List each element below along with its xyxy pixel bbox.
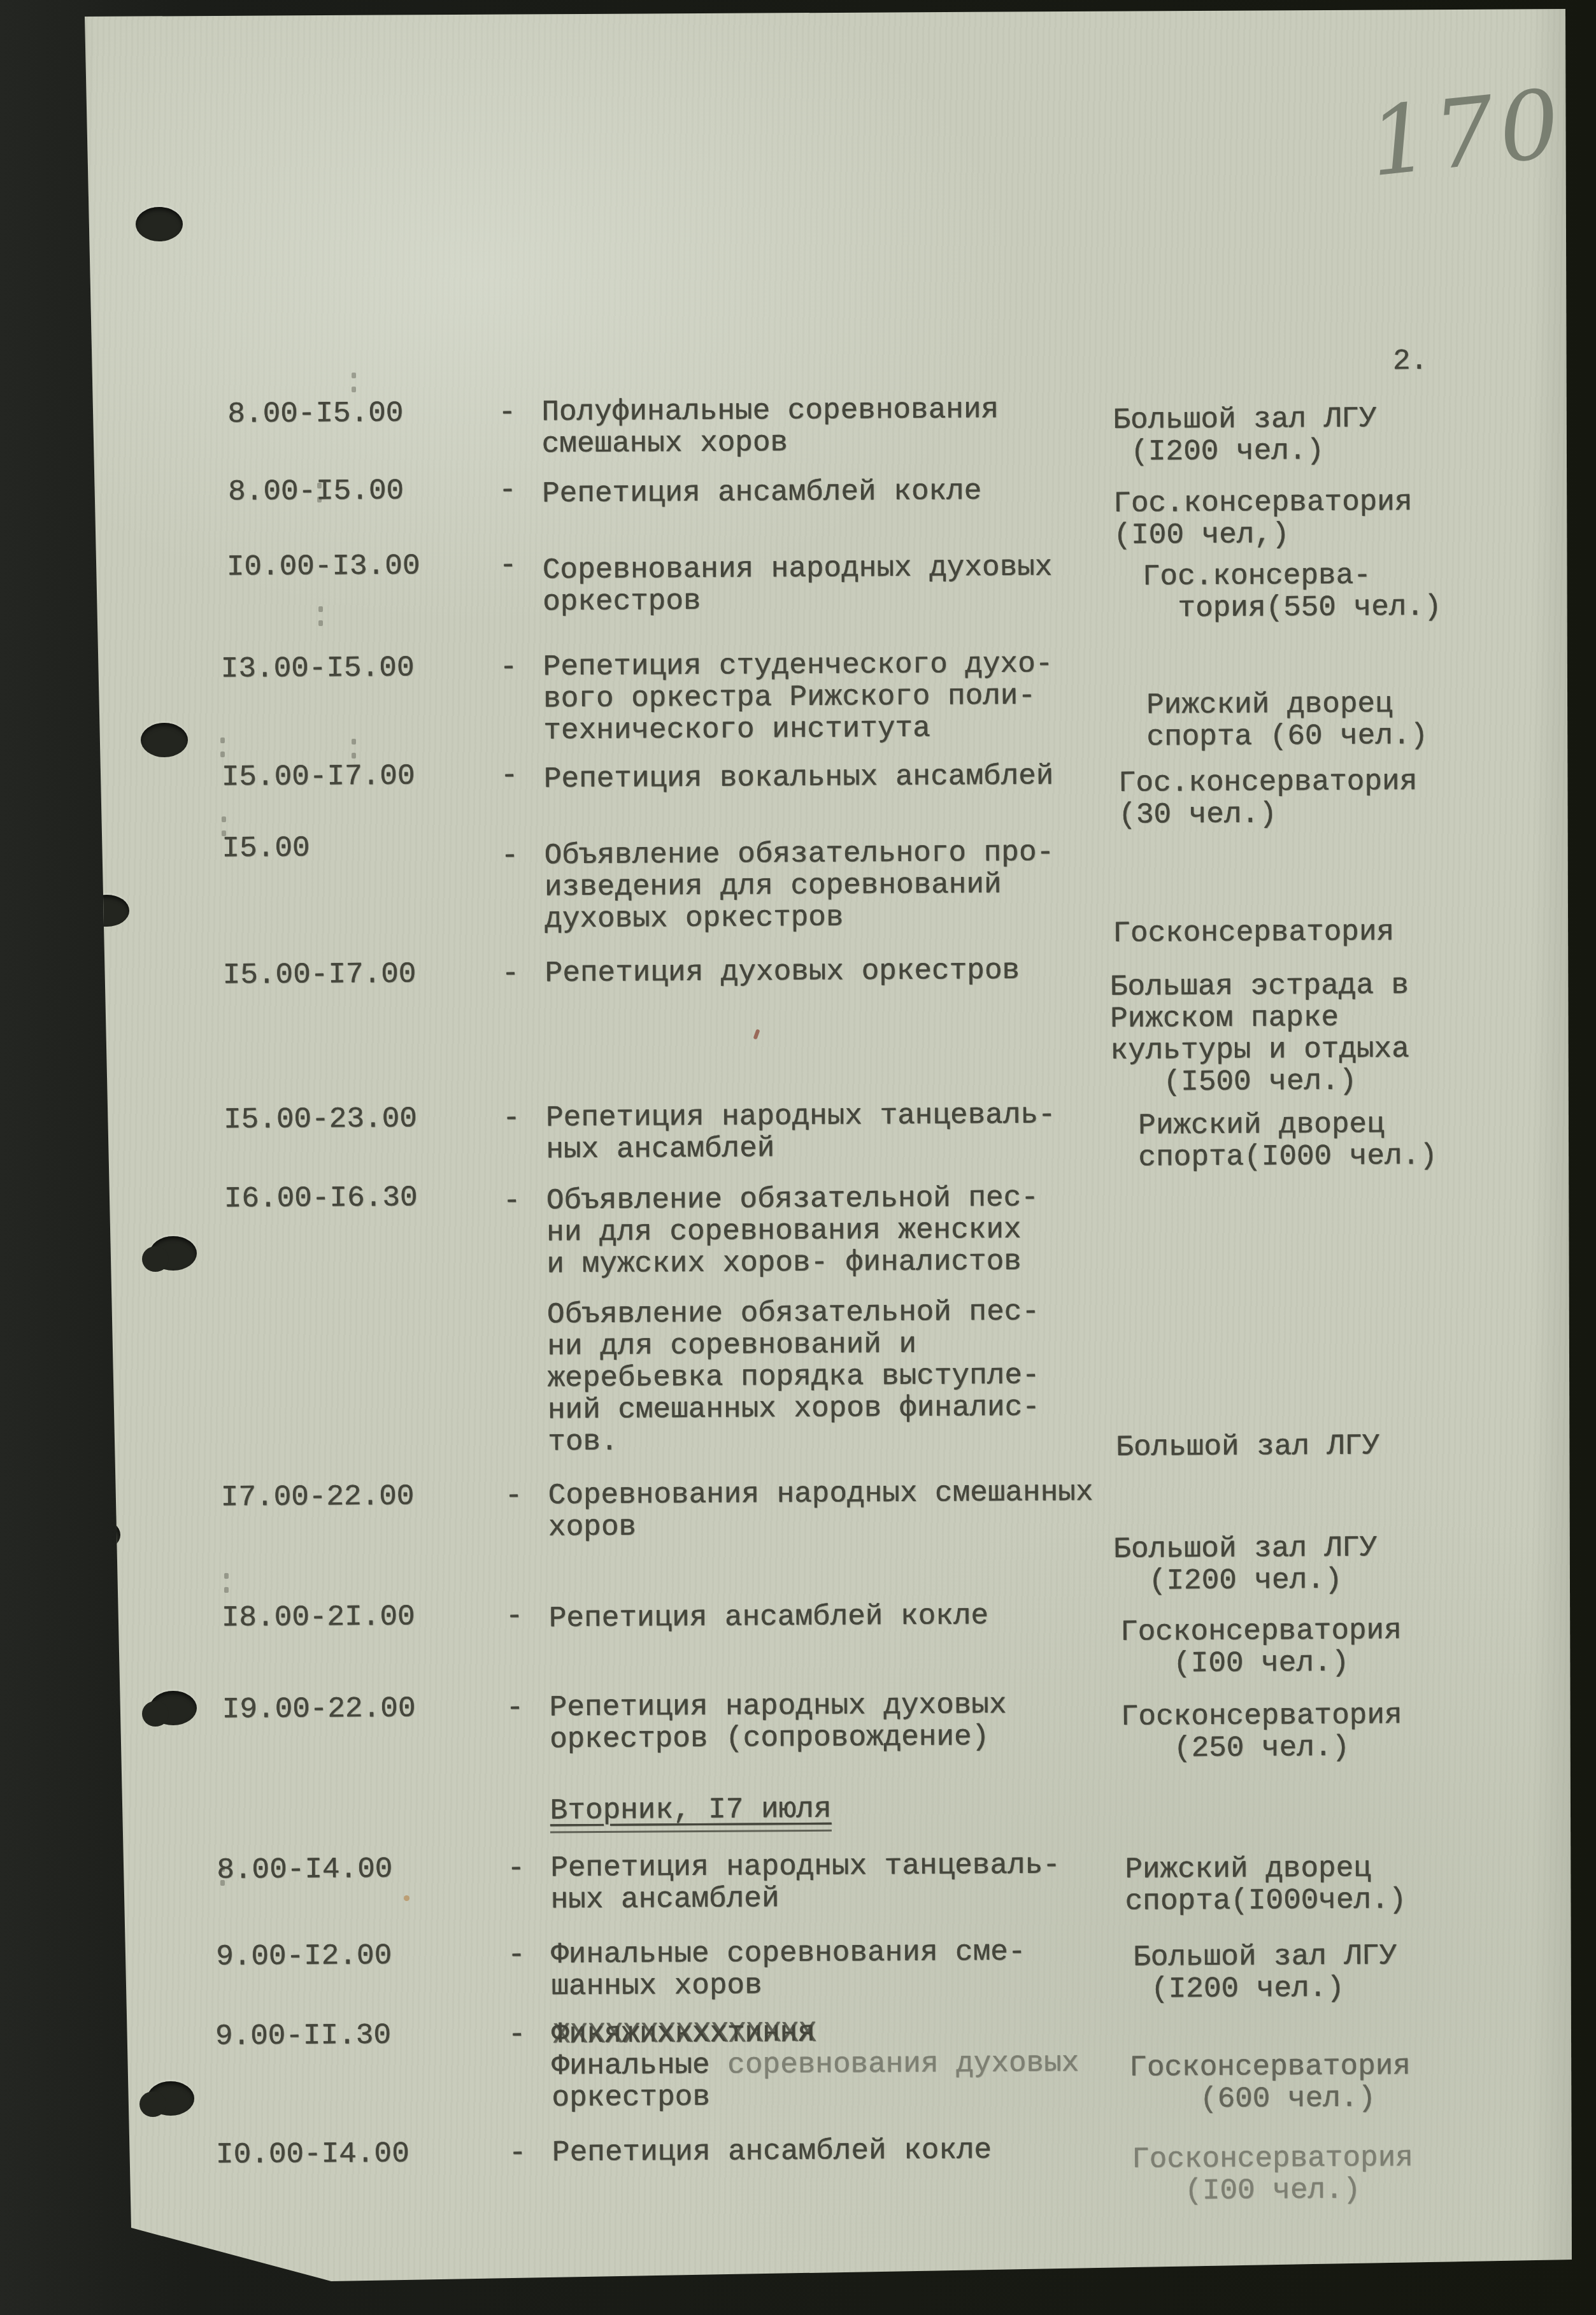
event-description: Репетиция духовых оркестров [545,955,1020,990]
dash-separator: - [501,760,518,792]
time-range: I5.00-I7.00 [222,760,415,794]
punch-hole [77,1519,120,1551]
punch-hole [147,2081,194,2116]
typed-page-number: 2. [1393,345,1429,377]
event-description: ФикяжихкххтинняХХХХХХХХХХХХХХХ Финальные… [552,2015,1079,2114]
time-range: I0.00-I3.00 [227,550,420,583]
event-description: Объявление обязательной пес- ни для соре… [546,1182,1039,1281]
dash-separator: - [499,550,517,581]
venue: Гос.консерватория (I00 чел,) [1113,486,1413,552]
scanned-document-page: 170, 2. 8.00-I5.00 - Полуфинальные сорев… [0,0,1596,2315]
dash-separator: - [500,652,518,683]
bleedthrough-mark [220,737,225,743]
venue: Рижский дворец спорта (60 чел.) [1146,688,1428,753]
event-description: Объявление обязательной пес- ни для соре… [547,1296,1040,1458]
time-range: I5.00-I7.00 [223,958,417,992]
dash-separator: - [499,474,517,506]
venue: Госконсерватория (250 чел.) [1121,1699,1402,1765]
venue: Большой зал ЛГУ (I200 чел.) [1113,402,1377,468]
dash-separator: - [508,2019,526,2051]
event-description: Репетиция народных танцеваль- ных ансамб… [546,1099,1056,1166]
schedule-row: I5.00-I7.00 - Репетиция вокальных ансамб… [0,753,1593,762]
schedule-row: 8.00-I5.00 - Репетиция ансамблей кокле Г… [0,467,1592,477]
bleedthrough-mark [317,483,322,488]
event-description: Финальные соревнования сме- шанных хоров [551,1936,1026,2003]
venue: Госконсерватория (I00 чел.) [1132,2142,1413,2207]
time-range: I3.00-I5.00 [221,652,415,685]
time-range: I5.00 [222,832,310,865]
venue: Большой зал ЛГУ (I200 чел.) [1113,1532,1378,1597]
venue: Большая эстрада в Рижском парке культуры… [1110,969,1409,1099]
time-range: I5.00-23.00 [224,1103,417,1136]
schedule-row: 8.00-I5.00 - Полуфинальные соревнования … [0,390,1591,399]
venue: Большой зал ЛГУ (I200 чел.) [1133,1940,1397,2005]
schedule-row: I3.00-I5.00 - Репетиция студенческого ду… [0,645,1593,654]
bleedthrough-mark [224,1573,229,1579]
day-heading: Вторник, I7 июля [550,1793,832,1834]
event-description: Соревнования народных духовых оркестров [543,552,1053,618]
dash-separator: - [505,1480,523,1512]
time-range: I8.00-2I.00 [222,1601,415,1634]
event-description: Репетиция народных танцеваль- ных ансамб… [550,1849,1060,1916]
punch-hole [141,723,188,757]
schedule-row: 8.00-I4.00 - Репетиция народных танцевал… [4,1846,1596,1855]
event-description: Репетиция ансамблей кокле [552,2134,992,2169]
typed-content: 2. 8.00-I5.00 - Полуфинальные соревнован… [0,0,1596,2315]
x-overstrike: ХХХХХХХХХХХХХХХ [553,2018,816,2051]
bleedthrough-mark [318,606,323,612]
event-description: Соревнования народных смешанных хоров [548,1476,1094,1543]
schedule-row: Объявление обязательной пес- ни для соре… [1,1292,1596,1302]
time-range: 8.00-I4.00 [217,1853,392,1886]
dash-separator: - [506,1692,524,1724]
bleedthrough-mark [222,816,226,822]
venue: Большой зал ЛГУ [1116,1430,1379,1464]
dash-separator: - [507,1853,525,1884]
punch-hole [136,207,183,241]
time-range: 9.00-I2.00 [216,1940,392,1973]
bleedthrough-mark [352,739,356,744]
venue: Гос.консерва- тория(550 чел.) [1143,559,1442,625]
description-faint-text: соревнования духовых [727,2046,1079,2081]
punch-hole [85,895,129,927]
dash-separator: - [501,840,518,872]
venue: Госконсерватория [1113,916,1394,950]
venue: Госконсерватория (600 чел.) [1129,2050,1411,2116]
schedule-row: 9.00-I2.00 - Финальные соревнования сме-… [4,1932,1596,1942]
strikethrough-typo: ФикяжихкххтинняХХХХХХХХХХХХХХХ [552,2017,815,2051]
dash-separator: - [508,1939,525,1971]
event-description: Репетиция студенческого духо- вого оркес… [543,648,1053,747]
time-range: I0.00-I4.00 [216,2138,410,2171]
event-description: Репетиция народных духовых оркестров (со… [550,1689,1007,1755]
paper-sheet: 170, 2. 8.00-I5.00 - Полуфинальные сорев… [0,0,1596,2315]
dash-separator: - [502,1102,520,1134]
time-range: I9.00-22.00 [222,1693,416,1726]
time-range: I7.00-22.00 [221,1481,415,1514]
punch-hole [150,1691,197,1725]
event-description: Репетиция ансамблей кокле [542,475,981,509]
event-description: Репетиция вокальных ансамблей [544,760,1054,795]
venue: Госконсерватория (I00 чел.) [1120,1614,1402,1680]
dash-separator: - [503,1185,521,1217]
schedule-row: I6.00-I6.30 - Объявление обязательной пе… [0,1174,1596,1184]
schedule-row: 9.00-II.30 - ФикяжихкххтинняХХХХХХХХХХХХ… [5,2012,1596,2021]
event-description: Репетиция ансамблей кокле [549,1600,988,1634]
venue: Гос.консерватория (30 чел.) [1118,766,1418,831]
time-range: 8.00-I5.00 [228,475,404,508]
event-description: Объявление обязательного про- изведения … [544,837,1054,936]
venue: Рижский дворец спорта(I000 чел.) [1138,1108,1437,1174]
time-range: 9.00-II.30 [215,2019,391,2053]
schedule-row: I5.00-I7.00 - Репетиция духовых оркестро… [0,951,1595,960]
event-description: Полуфинальные соревнования смешаных хоро… [541,394,999,460]
bleedthrough-mark [220,1866,225,1872]
punch-hole [150,1236,197,1271]
dash-separator: - [506,1600,524,1632]
dash-separator: - [502,958,520,990]
time-range: I6.00-I6.30 [224,1182,418,1215]
time-range: 8.00-I5.00 [227,397,403,431]
schedule-row: I0.00-I4.00 - Репетиция ансамблей кокле … [6,2130,1596,2140]
dash-separator: - [509,2137,527,2169]
schedule-row: I7.00-22.00 - Соревнования народных смеш… [2,1473,1596,1483]
bleedthrough-mark [352,373,356,378]
venue: Рижский дворец спорта(I000чел.) [1125,1852,1406,1918]
paper-speck [404,1895,410,1901]
dash-separator: - [498,397,516,429]
schedule-row: I9.00-22.00 - Репетиция народных духовых… [3,1685,1596,1695]
